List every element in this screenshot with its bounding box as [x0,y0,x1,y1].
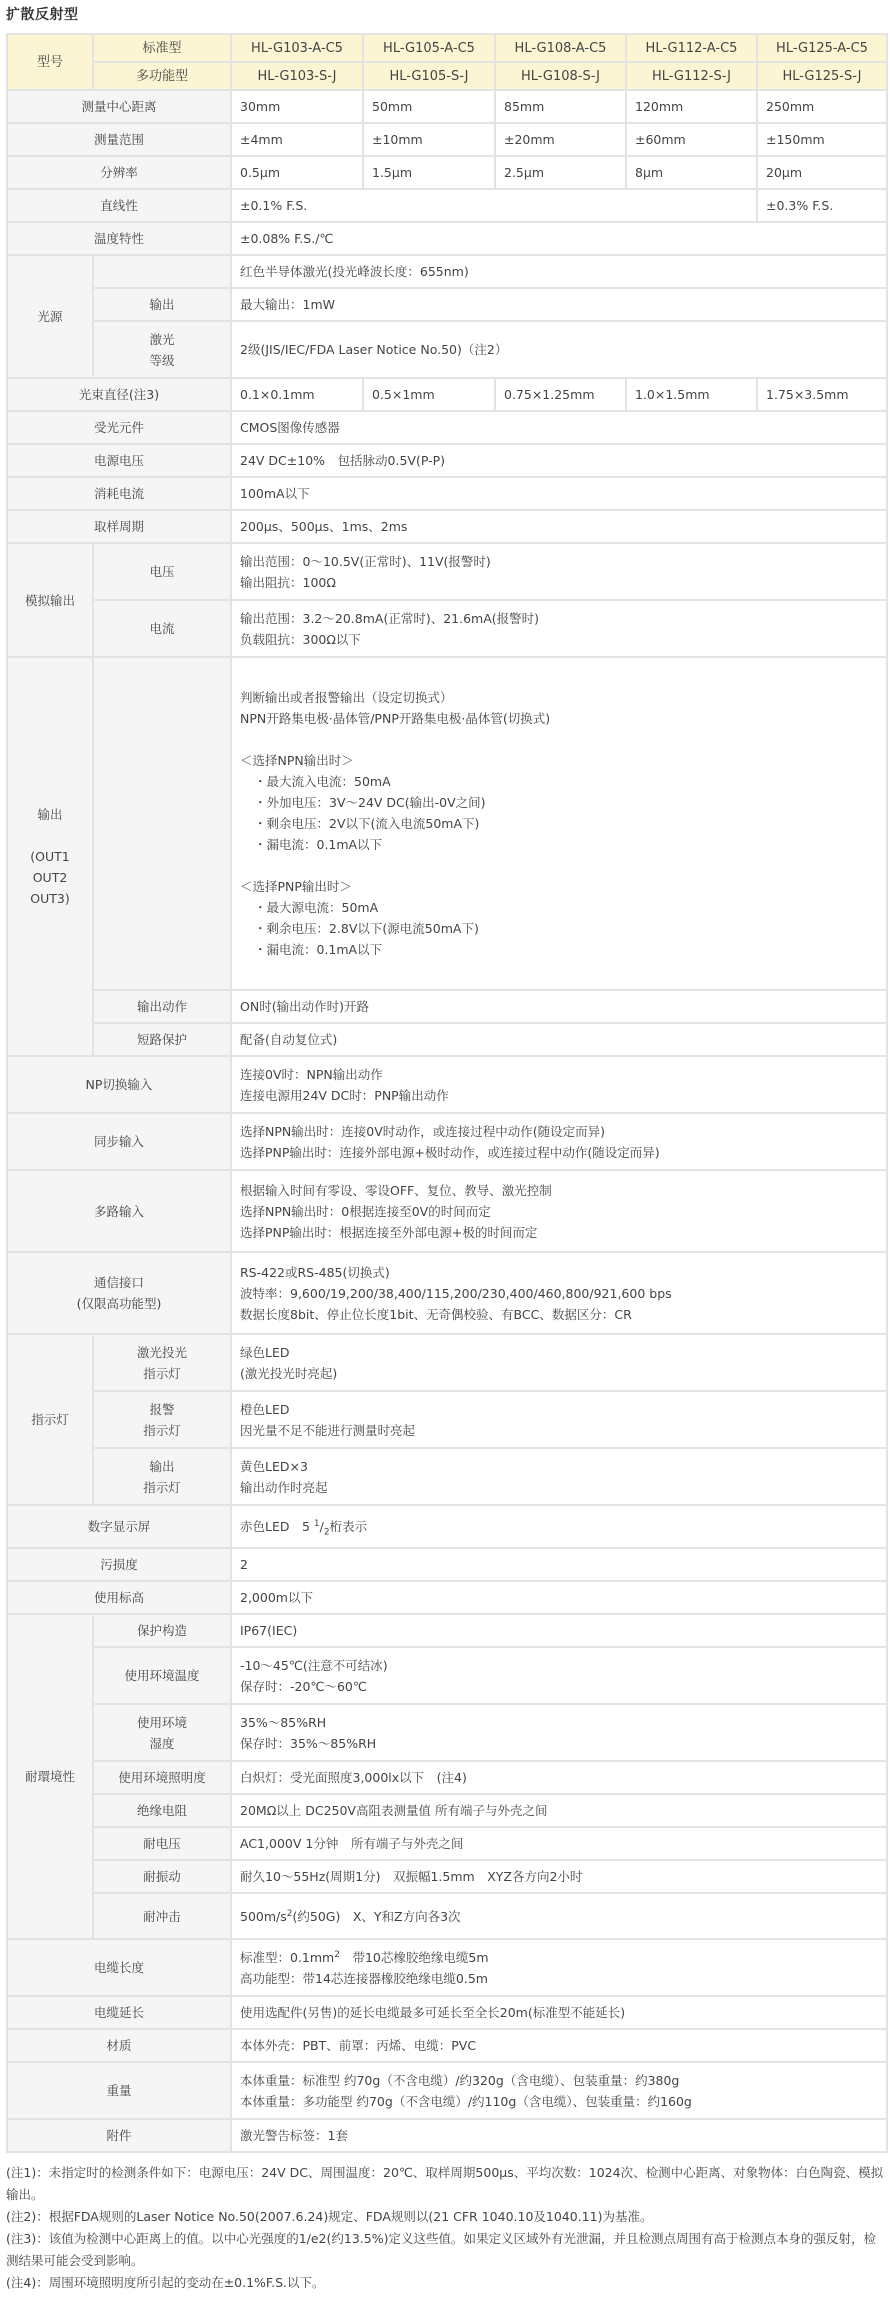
row-label: 受光元件 [7,411,231,444]
value-line: 绿色LED [240,1342,878,1363]
row-np-switch: NP切换输入 连接0V时：NPN输出动作 连接电源用24V DC时：PNP输出动… [7,1056,887,1113]
label-line: 使用环境 [102,1712,222,1733]
sub-label: 电压 [93,543,231,600]
row-label: 数字显示屏 [7,1505,231,1548]
footnote-3: (注3)：该值为检测中心距离上的值。以中心光强度的1/e2(约13.5%)定义这… [6,2228,886,2272]
sub-label: 使用环境 湿度 [93,1704,231,1761]
fraction-numerator: 1 [314,1519,320,1529]
value-line: (激光投光时亮起) [240,1363,878,1384]
value-text: 桁表示 [330,1519,368,1534]
row-indicator-laser: 指示灯 激光投光 指示灯 绿色LED (激光投光时亮起) [7,1334,887,1391]
value-line: ・最大流入电流：50mA [240,771,878,792]
cell-value: AC1,000V 1分钟 所有端子与外壳之间 [231,1827,887,1860]
sub-label: 报警 指示灯 [93,1391,231,1448]
cell-value: 50mm [363,90,495,123]
row-resolution: 分辨率 0.5μm 1.5μm 2.5μm 8μm 20μm [7,156,887,189]
value-line: 输出阻抗：100Ω [240,572,878,593]
value-line: 输出动作时亮起 [240,1477,878,1498]
row-comm-interface: 通信接口 (仅限高功能型) RS-422或RS-485(切换式) 波特率：9,6… [7,1252,887,1334]
row-label: 测量范围 [7,123,231,156]
cell-value: -10～45℃(注意不可结冰) 保存时：-20℃～60℃ [231,1647,887,1704]
value-line: 本体重量：多功能型 约70g（不含电缆）/约110g（含电缆）、包装重量：约16… [240,2091,878,2112]
value-line: 本体重量：标准型 约70g（不含电缆）/约320g（含电缆）、包装重量：约380… [240,2070,878,2091]
sub-label: 绝缘电阻 [93,1794,231,1827]
cell-value: 20MΩ以上 DC250V高阻表测量值 所有端子与外壳之间 [231,1794,887,1827]
cell-value: 连接0V时：NPN输出动作 连接电源用24V DC时：PNP输出动作 [231,1056,887,1113]
cell-value: ±150mm [757,123,887,156]
row-label: 直线性 [7,189,231,222]
row-range: 测量范围 ±4mm ±10mm ±20mm ±60mm ±150mm [7,123,887,156]
row-cable-extension: 电缆延长 使用选配件(另售)的延长电缆最多可延长至全长20m(标准型不能延长) [7,1996,887,2029]
row-env-illumination: 使用环境照明度 白炽灯：受光面照度3,000lx以下 (注4) [7,1761,887,1794]
multi-type-label: 多功能型 [93,62,231,90]
model-standard: HL-G125-A-C5 [757,34,887,62]
value-line: 选择NPN输出时：连接0V时动作，或连接过程中动作(随设定而异) [240,1121,878,1142]
label-line: 激光投光 [102,1342,222,1363]
cell-value: ±20mm [495,123,626,156]
row-env-shock: 耐冲击 500m/s2(约50G) X、Y和Z方向各3次 [7,1893,887,1939]
row-sync-input: 同步输入 选择NPN输出时：连接0V时动作，或连接过程中动作(随设定而异) 选择… [7,1113,887,1170]
model-multi: HL-G103-S-J [231,62,363,90]
value-line: ・漏电流：0.1mA以下 [240,939,878,960]
cell-value: 2.5μm [495,156,626,189]
group-label: 模拟输出 [7,543,93,657]
row-label: 光束直径(注3) [7,378,231,411]
row-digital-display: 数字显示屏 赤色LED 5 1/2桁表示 [7,1505,887,1548]
value-line: 数据长度8bit、停止位长度1bit、无奇偶校验、有BCC、数据区分：CR [240,1304,878,1325]
cell-value: 使用选配件(另售)的延长电缆最多可延长至全长20m(标准型不能延长) [231,1996,887,2029]
cell-value: 最大输出：1mW [231,288,887,321]
cell-value: 120mm [626,90,757,123]
row-label: 测量中心距离 [7,90,231,123]
cell-value: 绿色LED (激光投光时亮起) [231,1334,887,1391]
sub-label-empty [93,657,231,990]
cell-value: CMOS图像传感器 [231,411,887,444]
row-label: 附件 [7,2119,231,2152]
cell-value: 2 [231,1548,887,1581]
row-label: 材质 [7,2029,231,2062]
sub-label: 输出动作 [93,990,231,1023]
cell-value: 0.5×1mm [363,378,495,411]
value-line: 保存时：-20℃～60℃ [240,1676,878,1697]
cell-value: 本体外壳：PBT、前罩：丙烯、电缆：PVC [231,2029,887,2062]
row-env-withstand: 耐电压 AC1,000V 1分钟 所有端子与外壳之间 [7,1827,887,1860]
row-pollution: 污损度 2 [7,1548,887,1581]
sub-label: 激光投光 指示灯 [93,1334,231,1391]
value-line: ・最大源电流：50mA [240,897,878,918]
row-label: 多路输入 [7,1170,231,1252]
row-indicator-alarm: 报警 指示灯 橙色LED 因光量不足不能进行测量时亮起 [7,1391,887,1448]
value-line: ・剩余电压：2V以下(流入电流50mA下) [240,813,878,834]
cell-value: 8μm [626,156,757,189]
footnote-2: (注2)：根据FDA规则的Laser Notice No.50(2007.6.2… [6,2206,886,2228]
row-laser-class: 激光 等级 2级(JIS/IEC/FDA Laser Notice No.50)… [7,321,887,378]
value-line: 判断输出或者报警输出（设定切换式） [240,687,878,708]
row-output-main: 输出 (OUT1 OUT2 OUT3) 判断输出或者报警输出（设定切换式） NP… [7,657,887,990]
row-label: 使用标高 [7,1581,231,1614]
row-label: 通信接口 (仅限高功能型) [7,1252,231,1334]
model-multi: HL-G105-S-J [363,62,495,90]
cell-value: 0.5μm [231,156,363,189]
row-label: NP切换输入 [7,1056,231,1113]
value-line: 黄色LED×3 [240,1456,878,1477]
value-line: 高功能型：带14芯连接器橡胶绝缘电缆0.5m [240,1968,878,1989]
label-line: 输出 [16,804,84,825]
value-line: ・漏电流：0.1mA以下 [240,834,878,855]
sub-label: 电流 [93,600,231,657]
value-line: 选择PNP输出时：根据连接至外部电源+极的时间而定 [240,1222,878,1243]
cell-value: 85mm [495,90,626,123]
value-line: 负载阻抗：300Ω以下 [240,629,878,650]
sub-label: 短路保护 [93,1023,231,1056]
sub-label: 激光 等级 [93,321,231,378]
cell-value: ±0.08% F.S./℃ [231,222,887,255]
row-label: 分辨率 [7,156,231,189]
row-current: 消耗电流 100mA以下 [7,477,887,510]
cell-value: 2级(JIS/IEC/FDA Laser Notice No.50)（注2） [231,321,887,378]
model-standard: HL-G108-A-C5 [495,34,626,62]
row-sampling: 取样周期 200μs、500μs、1ms、2ms [7,510,887,543]
sub-label: 耐电压 [93,1827,231,1860]
row-weight: 重量 本体重量：标准型 约70g（不含电缆）/约320g（含电缆）、包装重量：约… [7,2062,887,2119]
label-line: 激光 [102,329,222,350]
value-line: ・外加电压：3V～24V DC(输出-0V之间) [240,792,878,813]
row-label: 同步输入 [7,1113,231,1170]
row-label: 电缆长度 [7,1939,231,1996]
label-line: 报警 [102,1399,222,1420]
value-line: ＜选择NPN输出时＞ [240,750,878,771]
model-standard: HL-G103-A-C5 [231,34,363,62]
value-line: ・剩余电压：2.8V以下(源电流50mA下) [240,918,878,939]
value-line: 橙色LED [240,1399,878,1420]
row-cable-length: 电缆长度 标准型：0.1mm2 带10芯橡胶绝缘电缆5m 高功能型：带14芯连接… [7,1939,887,1996]
row-light-source-type: 光源 红色半导体激光(投光峰波长度：655nm) [7,255,887,288]
group-label: 光源 [7,255,93,378]
row-label: 重量 [7,2062,231,2119]
row-altitude: 使用标高 2,000m以下 [7,1581,887,1614]
sub-label: 耐振动 [93,1860,231,1893]
model-standard: HL-G105-A-C5 [363,34,495,62]
value-text: 标准型：0.1mm [240,1950,334,1965]
cell-value: 耐久10～55Hz(周期1分) 双振幅1.5mm XYZ各方向2小时 [231,1860,887,1893]
row-multi-input: 多路输入 根据输入时间有零设、零设OFF、复位、教导、激光控制 选择NPN输出时… [7,1170,887,1252]
value-line: 连接0V时：NPN输出动作 [240,1064,878,1085]
value-line: 选择PNP输出时：连接外部电源+极时动作，或连接过程中动作(随设定而异) [240,1142,878,1163]
cell-value: ON时(输出动作时)开路 [231,990,887,1023]
value-line: 连接电源用24V DC时：PNP输出动作 [240,1085,878,1106]
row-label: 取样周期 [7,510,231,543]
footnote-1: (注1)：未指定时的检测条件如下：电源电压：24V DC、周围温度：20℃、取样… [6,2162,886,2206]
cell-value: 红色半导体激光(投光峰波长度：655nm) [231,255,887,288]
value-line: 波特率：9,600/19,200/38,400/115,200/230,400/… [240,1283,878,1304]
label-line: 通信接口 [16,1272,222,1293]
label-line: OUT3) [16,888,84,909]
cell-value: 本体重量：标准型 约70g（不含电缆）/约320g（含电缆）、包装重量：约380… [231,2062,887,2119]
row-label: 电源电压 [7,444,231,477]
sub-label: 保护构造 [93,1614,231,1647]
row-beam-diameter: 光束直径(注3) 0.1×0.1mm 0.5×1mm 0.75×1.25mm 1… [7,378,887,411]
sub-label: 输出 指示灯 [93,1448,231,1505]
sub-label: 输出 [93,288,231,321]
row-short-protection: 短路保护 配备(自动复位式) [7,1023,887,1056]
value-line: -10～45℃(注意不可结冰) [240,1655,878,1676]
cell-value: 标准型：0.1mm2 带10芯橡胶绝缘电缆5m 高功能型：带14芯连接器橡胶绝缘… [231,1939,887,1996]
cell-value: ±10mm [363,123,495,156]
row-supply-voltage: 电源电压 24V DC±10% 包括脉动0.5V(P-P) [7,444,887,477]
footnotes: (注1)：未指定时的检测条件如下：电源电压：24V DC、周围温度：20℃、取样… [6,2162,886,2294]
model-multi: HL-G108-S-J [495,62,626,90]
value-line: 根据输入时间有零设、零设OFF、复位、教导、激光控制 [240,1180,878,1201]
cell-value: ±60mm [626,123,757,156]
value-line: 保存时：35%～85%RH [240,1733,878,1754]
value-line: 选择NPN输出时：0根据连接至0V的时间而定 [240,1201,878,1222]
header-row-standard: 型号 标准型 HL-G103-A-C5 HL-G105-A-C5 HL-G108… [7,34,887,62]
cell-value: 2,000m以下 [231,1581,887,1614]
cell-value: 输出范围：0～10.5V(正常时)、11V(报警时) 输出阻抗：100Ω [231,543,887,600]
cell-value: 30mm [231,90,363,123]
spec-table: 型号 标准型 HL-G103-A-C5 HL-G105-A-C5 HL-G108… [6,33,888,2153]
row-label: 消耗电流 [7,477,231,510]
cell-value: ±0.3% F.S. [757,189,887,222]
row-analog-voltage: 模拟输出 电压 输出范围：0～10.5V(正常时)、11V(报警时) 输出阻抗：… [7,543,887,600]
cell-value: 赤色LED 5 1/2桁表示 [231,1505,887,1548]
cell-value: 判断输出或者报警输出（设定切换式） NPN开路集电极·晶体管/PNP开路集电极·… [231,657,887,990]
cell-value: 1.5μm [363,156,495,189]
row-env-insulation: 绝缘电阻 20MΩ以上 DC250V高阻表测量值 所有端子与外壳之间 [7,1794,887,1827]
value-line: 输出范围：3.2～20.8mA(正常时)、21.6mA(报警时) [240,608,878,629]
row-label: 电缆延长 [7,1996,231,2029]
model-standard: HL-G112-A-C5 [626,34,757,62]
value-line: 标准型：0.1mm2 带10芯橡胶绝缘电缆5m [240,1947,878,1968]
cell-value: 配备(自动复位式) [231,1023,887,1056]
cell-value: ±0.1% F.S. [231,189,757,222]
cell-value: 1.0×1.5mm [626,378,757,411]
footnote-4: (注4)：周围环境照明度所引起的变动在±0.1%F.S.以下。 [6,2272,886,2294]
cell-value: IP67(IEC) [231,1614,887,1647]
cell-value: 20μm [757,156,887,189]
cell-value: 激光警告标签：1套 [231,2119,887,2152]
label-line: OUT2 [16,867,84,888]
label-line: (仅限高功能型) [16,1293,222,1314]
sub-label-empty [93,255,231,288]
row-env-protection: 耐環境性 保护构造 IP67(IEC) [7,1614,887,1647]
sub-label: 耐冲击 [93,1893,231,1939]
cell-value: 1.75×3.5mm [757,378,887,411]
header-row-multi: 多功能型 HL-G103-S-J HL-G105-S-J HL-G108-S-J… [7,62,887,90]
row-env-humidity: 使用环境 湿度 35%～85%RH 保存时：35%～85%RH [7,1704,887,1761]
cell-value: 白炽灯：受光面照度3,000lx以下 (注4) [231,1761,887,1794]
label-line: (OUT1 [16,846,84,867]
model-multi: HL-G112-S-J [626,62,757,90]
value-text: 赤色LED 5 [240,1519,314,1534]
row-light-source-output: 输出 最大输出：1mW [7,288,887,321]
row-center-distance: 测量中心距离 30mm 50mm 85mm 120mm 250mm [7,90,887,123]
cell-value: 0.75×1.25mm [495,378,626,411]
row-output-action: 输出动作 ON时(输出动作时)开路 [7,990,887,1023]
row-env-temperature: 使用环境温度 -10～45℃(注意不可结冰) 保存时：-20℃～60℃ [7,1647,887,1704]
label-line: 指示灯 [102,1420,222,1441]
value-line: 35%～85%RH [240,1712,878,1733]
value-text: (约50G) X、Y和Z方向各3次 [293,1909,461,1924]
value-line: 因光量不足不能进行测量时亮起 [240,1420,878,1441]
sub-label: 使用环境温度 [93,1647,231,1704]
row-label: 温度特性 [7,222,231,255]
cell-value: 根据输入时间有零设、零设OFF、复位、教导、激光控制 选择NPN输出时：0根据连… [231,1170,887,1252]
value-line: ＜选择PNP输出时＞ [240,876,878,897]
label-line: 湿度 [102,1733,222,1754]
cell-value: 0.1×0.1mm [231,378,363,411]
cell-value: 24V DC±10% 包括脉动0.5V(P-P) [231,444,887,477]
row-accessory: 附件 激光警告标签：1套 [7,2119,887,2152]
cell-value: 200μs、500μs、1ms、2ms [231,510,887,543]
cell-value: 100mA以下 [231,477,887,510]
value-line: 输出范围：0～10.5V(正常时)、11V(报警时) [240,551,878,572]
cell-value: 橙色LED 因光量不足不能进行测量时亮起 [231,1391,887,1448]
cell-value: 500m/s2(约50G) X、Y和Z方向各3次 [231,1893,887,1939]
value-text: 500m/s [240,1909,287,1924]
label-line: 指示灯 [102,1363,222,1384]
value-line: RS-422或RS-485(切换式) [240,1262,878,1283]
row-indicator-output: 输出 指示灯 黄色LED×3 输出动作时亮起 [7,1448,887,1505]
cell-value: 选择NPN输出时：连接0V时动作，或连接过程中动作(随设定而异) 选择PNP输出… [231,1113,887,1170]
label-line: 指示灯 [102,1477,222,1498]
group-label: 耐環境性 [7,1614,93,1939]
cell-value: 输出范围：3.2～20.8mA(正常时)、21.6mA(报警时) 负载阻抗：30… [231,600,887,657]
label-line: 输出 [102,1456,222,1477]
row-linearity: 直线性 ±0.1% F.S. ±0.3% F.S. [7,189,887,222]
value-line: NPN开路集电极·晶体管/PNP开路集电极·晶体管(切换式) [240,708,878,729]
standard-type-label: 标准型 [93,34,231,62]
section-title: 扩散反射型 [6,4,79,24]
model-label: 型号 [7,34,93,90]
row-temp-characteristic: 温度特性 ±0.08% F.S./℃ [7,222,887,255]
cell-value: 35%～85%RH 保存时：35%～85%RH [231,1704,887,1761]
row-material: 材质 本体外壳：PBT、前罩：丙烯、电缆：PVC [7,2029,887,2062]
cell-value: RS-422或RS-485(切换式) 波特率：9,600/19,200/38,4… [231,1252,887,1334]
group-label: 输出 (OUT1 OUT2 OUT3) [7,657,93,1056]
group-label: 指示灯 [7,1334,93,1505]
row-env-vibration: 耐振动 耐久10～55Hz(周期1分) 双振幅1.5mm XYZ各方向2小时 [7,1860,887,1893]
row-label: 污损度 [7,1548,231,1581]
row-analog-current: 电流 输出范围：3.2～20.8mA(正常时)、21.6mA(报警时) 负载阻抗… [7,600,887,657]
label-line: 等级 [102,350,222,371]
cell-value: ±4mm [231,123,363,156]
cell-value: 250mm [757,90,887,123]
cell-value: 黄色LED×3 输出动作时亮起 [231,1448,887,1505]
value-text: 带10芯橡胶绝缘电缆5m [340,1950,489,1965]
row-receiver: 受光元件 CMOS图像传感器 [7,411,887,444]
sub-label: 使用环境照明度 [93,1761,231,1794]
model-multi: HL-G125-S-J [757,62,887,90]
